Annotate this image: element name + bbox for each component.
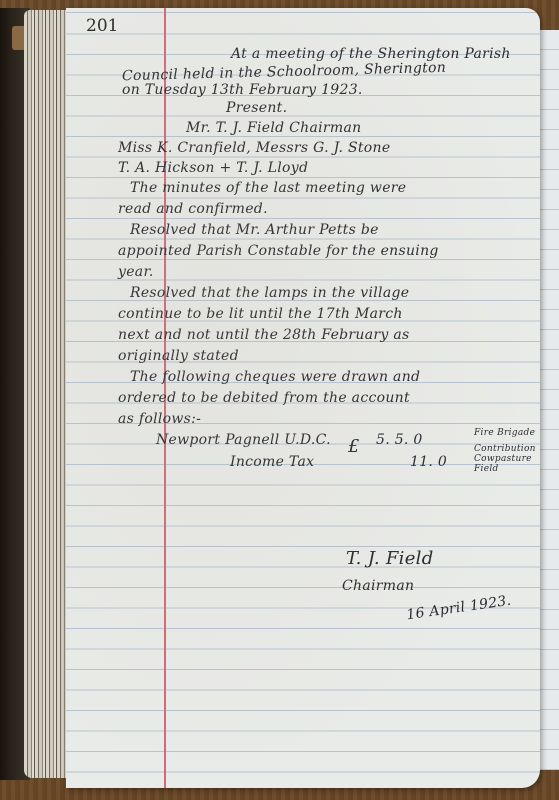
attendee-line-1: Mr. T. J. Field Chairman [186,120,361,136]
minutes-line-3: Resolved that Mr. Arthur Petts be [130,222,379,238]
signature-date: 16 April 1923. [405,593,512,624]
cheque-amount-2: 11. 0 [410,454,447,470]
minutes-line-11: ordered to be debited from the account [118,390,410,406]
minutes-line-7: continue to be lit until the 17th March [118,306,403,322]
attendee-line-3: T. A. Hickson + T. J. Lloyd [118,160,308,176]
present-label: Present. [226,100,287,116]
minutes-line-6: Resolved that the lamps in the village [130,285,409,301]
minutes-line-9: originally stated [118,348,239,364]
cheque-note-2: Contribution Cowpasture Field [474,444,536,474]
minutes-line-1: The minutes of the last meeting were [130,180,406,196]
cheque-payee-1: Newport Pagnell U.D.C. [156,432,331,448]
ledger-page: 201 At a meeting of the Sherington Paris… [66,8,540,788]
cheque-payee-2: Income Tax [230,454,314,470]
signature-title: Chairman [342,578,414,594]
minutes-line-12: as follows:- [118,411,201,427]
minutes-line-5: year. [118,264,154,280]
cheque-amount-1: 5. 5. 0 [376,432,423,448]
signature-name: T. J. Field [346,548,434,569]
heading-line-2: Council held in the Schoolroom, Sheringt… [122,60,446,84]
minutes-line-2: read and confirmed. [118,201,268,217]
page-number: 201 [86,16,118,36]
minutes-line-8: next and not until the 28th February as [118,327,409,343]
heading-line-3: on Tuesday 13th February 1923. [122,82,363,98]
attendee-line-2: Miss K. Cranfield, Messrs G. J. Stone [118,140,390,156]
pound-sign: £ [348,436,360,457]
page-edges [24,10,68,778]
minutes-line-4: appointed Parish Constable for the ensui… [118,243,439,259]
heading-line-1: At a meeting of the Sherington Parish [231,46,511,62]
minutes-line-10: The following cheques were drawn and [130,369,420,385]
cheque-note-1: Fire Brigade [474,428,535,438]
